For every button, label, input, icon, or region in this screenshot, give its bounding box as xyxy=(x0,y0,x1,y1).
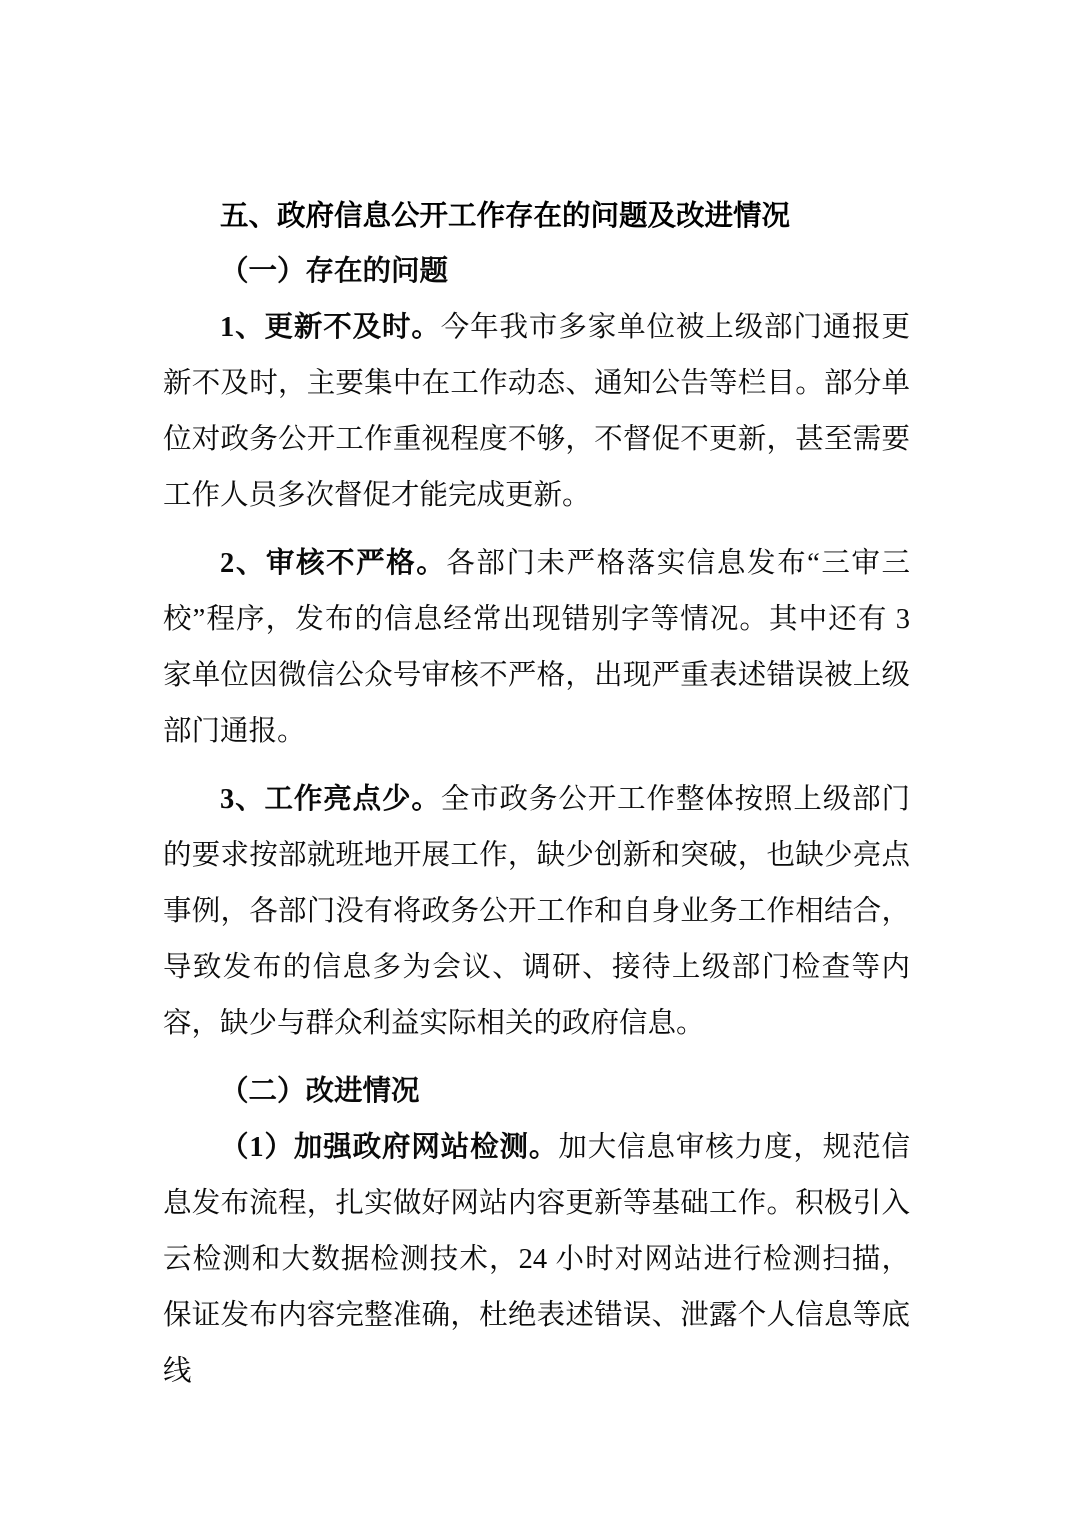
section-2-paragraph-1-body: 加大信息审核力度，规范信息发布流程，扎实做好网站内容更新等基础工作。积极引入云检… xyxy=(163,1132,910,1387)
section-1-paragraph-1: 1、更新不及时。今年我市多家单位被上级部门通报更新不及时，主要集中在工作动态、通… xyxy=(163,300,910,524)
section-1-paragraph-1-lead: 1、更新不及时。 xyxy=(220,312,441,343)
section-1-paragraph-3-body: 全市政务公开工作整体按照上级部门的要求按部就班地开展工作，缺少创新和突破，也缺少… xyxy=(163,784,910,1039)
section-1-heading: （一）存在的问题 xyxy=(163,244,910,300)
section-2-paragraph-1: （1）加强政府网站检测。加大信息审核力度，规范信息发布流程，扎实做好网站内容更新… xyxy=(163,1120,910,1400)
document-title: 五、政府信息公开工作存在的问题及改进情况 xyxy=(163,188,910,244)
section-1-paragraph-2-lead: 2、审核不严格。 xyxy=(220,548,446,579)
section-1-paragraph-3: 3、工作亮点少。全市政务公开工作整体按照上级部门的要求按部就班地开展工作，缺少创… xyxy=(163,772,910,1052)
section-2-paragraph-1-lead: （1）加强政府网站检测。 xyxy=(220,1132,558,1163)
section-2-heading: （二）改进情况 xyxy=(163,1064,910,1120)
section-1-paragraph-3-lead: 3、工作亮点少。 xyxy=(220,784,441,815)
section-1-paragraph-2: 2、审核不严格。各部门未严格落实信息发布“三审三校”程序，发布的信息经常出现错别… xyxy=(163,536,910,760)
document-content: 五、政府信息公开工作存在的问题及改进情况 （一）存在的问题 1、更新不及时。今年… xyxy=(163,0,910,1400)
document-page: 五、政府信息公开工作存在的问题及改进情况 （一）存在的问题 1、更新不及时。今年… xyxy=(0,0,1074,1520)
